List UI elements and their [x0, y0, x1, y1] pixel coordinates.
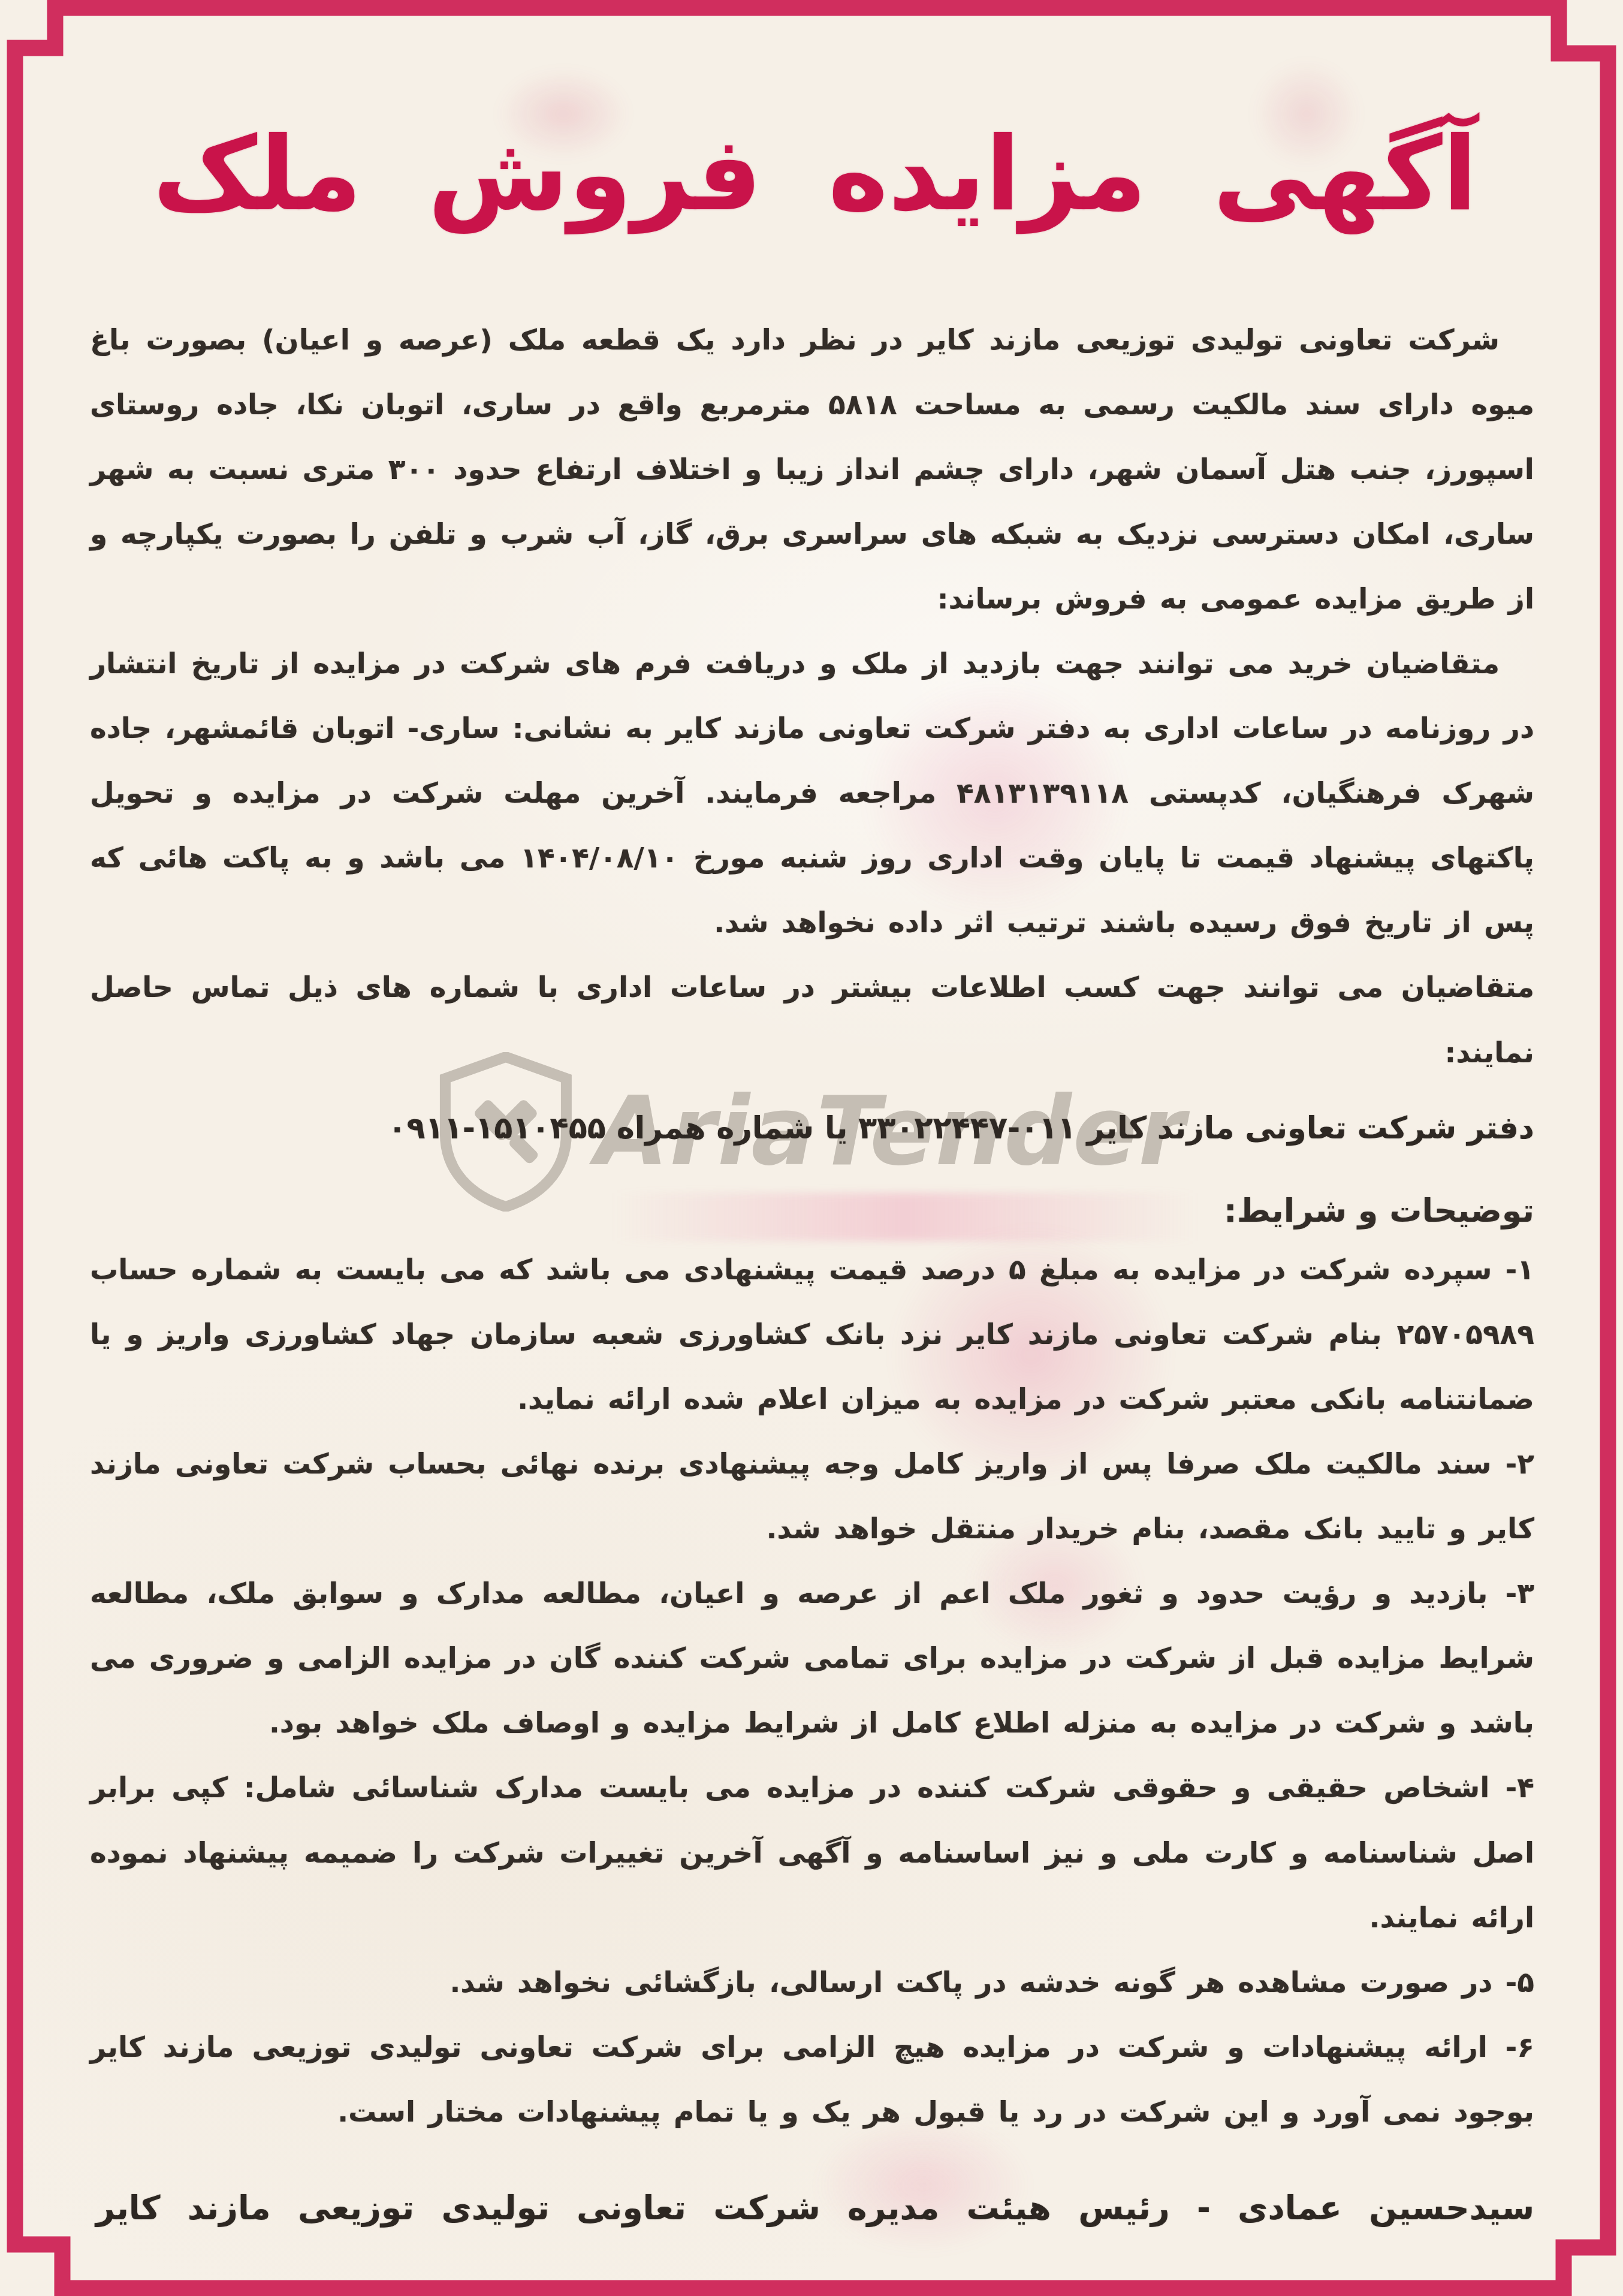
- mobile-phone-number: ۰۹۱۱-۱۵۱۰۴۵۵: [388, 1111, 606, 1146]
- more-info-paragraph: متقاضیان می توانند جهت کسب اطلاعات بیشتر…: [90, 956, 1534, 1085]
- notice-content: آگهی مزایده فروش ملک شرکت تعاونی تولیدی …: [90, 63, 1534, 2227]
- term-item-2: ۲- سند مالکیت ملک صرفا پس از واریز کامل …: [90, 1432, 1534, 1562]
- auction-notice-page: AriaTender آگهی مزایده فروش ملک شرکت تعا…: [0, 0, 1623, 2296]
- term-item-4: ۴- اشخاص حقیقی و حقوقی شرکت کننده در مزا…: [90, 1756, 1534, 1950]
- term-item-1: ۱- سپرده شرکت در مزایده به مبلغ ۵ درصد ق…: [90, 1238, 1534, 1432]
- term-item-5: ۵- در صورت مشاهده هر گونه خدشه در پاکت ا…: [90, 1951, 1534, 2015]
- term-item-6: ۶- ارائه پیشنهادات و شرکت در مزایده هیچ …: [90, 2015, 1534, 2145]
- signature-line: سیدحسین عمادی - رئیس هیئت مدیره شرکت تعا…: [90, 2189, 1534, 2227]
- intro-paragraph: شرکت تعاونی تولیدی توزیعی مازند کایر در …: [90, 308, 1534, 632]
- term-item-3: ۳- بازدید و رؤیت حدود و ثغور ملک اعم از …: [90, 1562, 1534, 1756]
- page-title: آگهی مزایده فروش ملک: [153, 96, 1477, 254]
- office-phone-label: دفتر شرکت تعاونی مازند کایر: [1087, 1111, 1534, 1146]
- or-mobile-label: یا شماره همراه: [617, 1111, 848, 1146]
- phone-numbers-line: دفتر شرکت تعاونی مازند کایر ۳۳۰۲۲۴۴۷-۰۱۱…: [90, 1096, 1534, 1161]
- visit-deadline-paragraph: متقاضیان خرید می توانند جهت بازدید از مل…: [90, 632, 1534, 956]
- office-phone-number: ۳۳۰۲۲۴۴۷-۰۱۱: [858, 1111, 1076, 1146]
- terms-heading: توضیحات و شرایط:: [90, 1192, 1534, 1230]
